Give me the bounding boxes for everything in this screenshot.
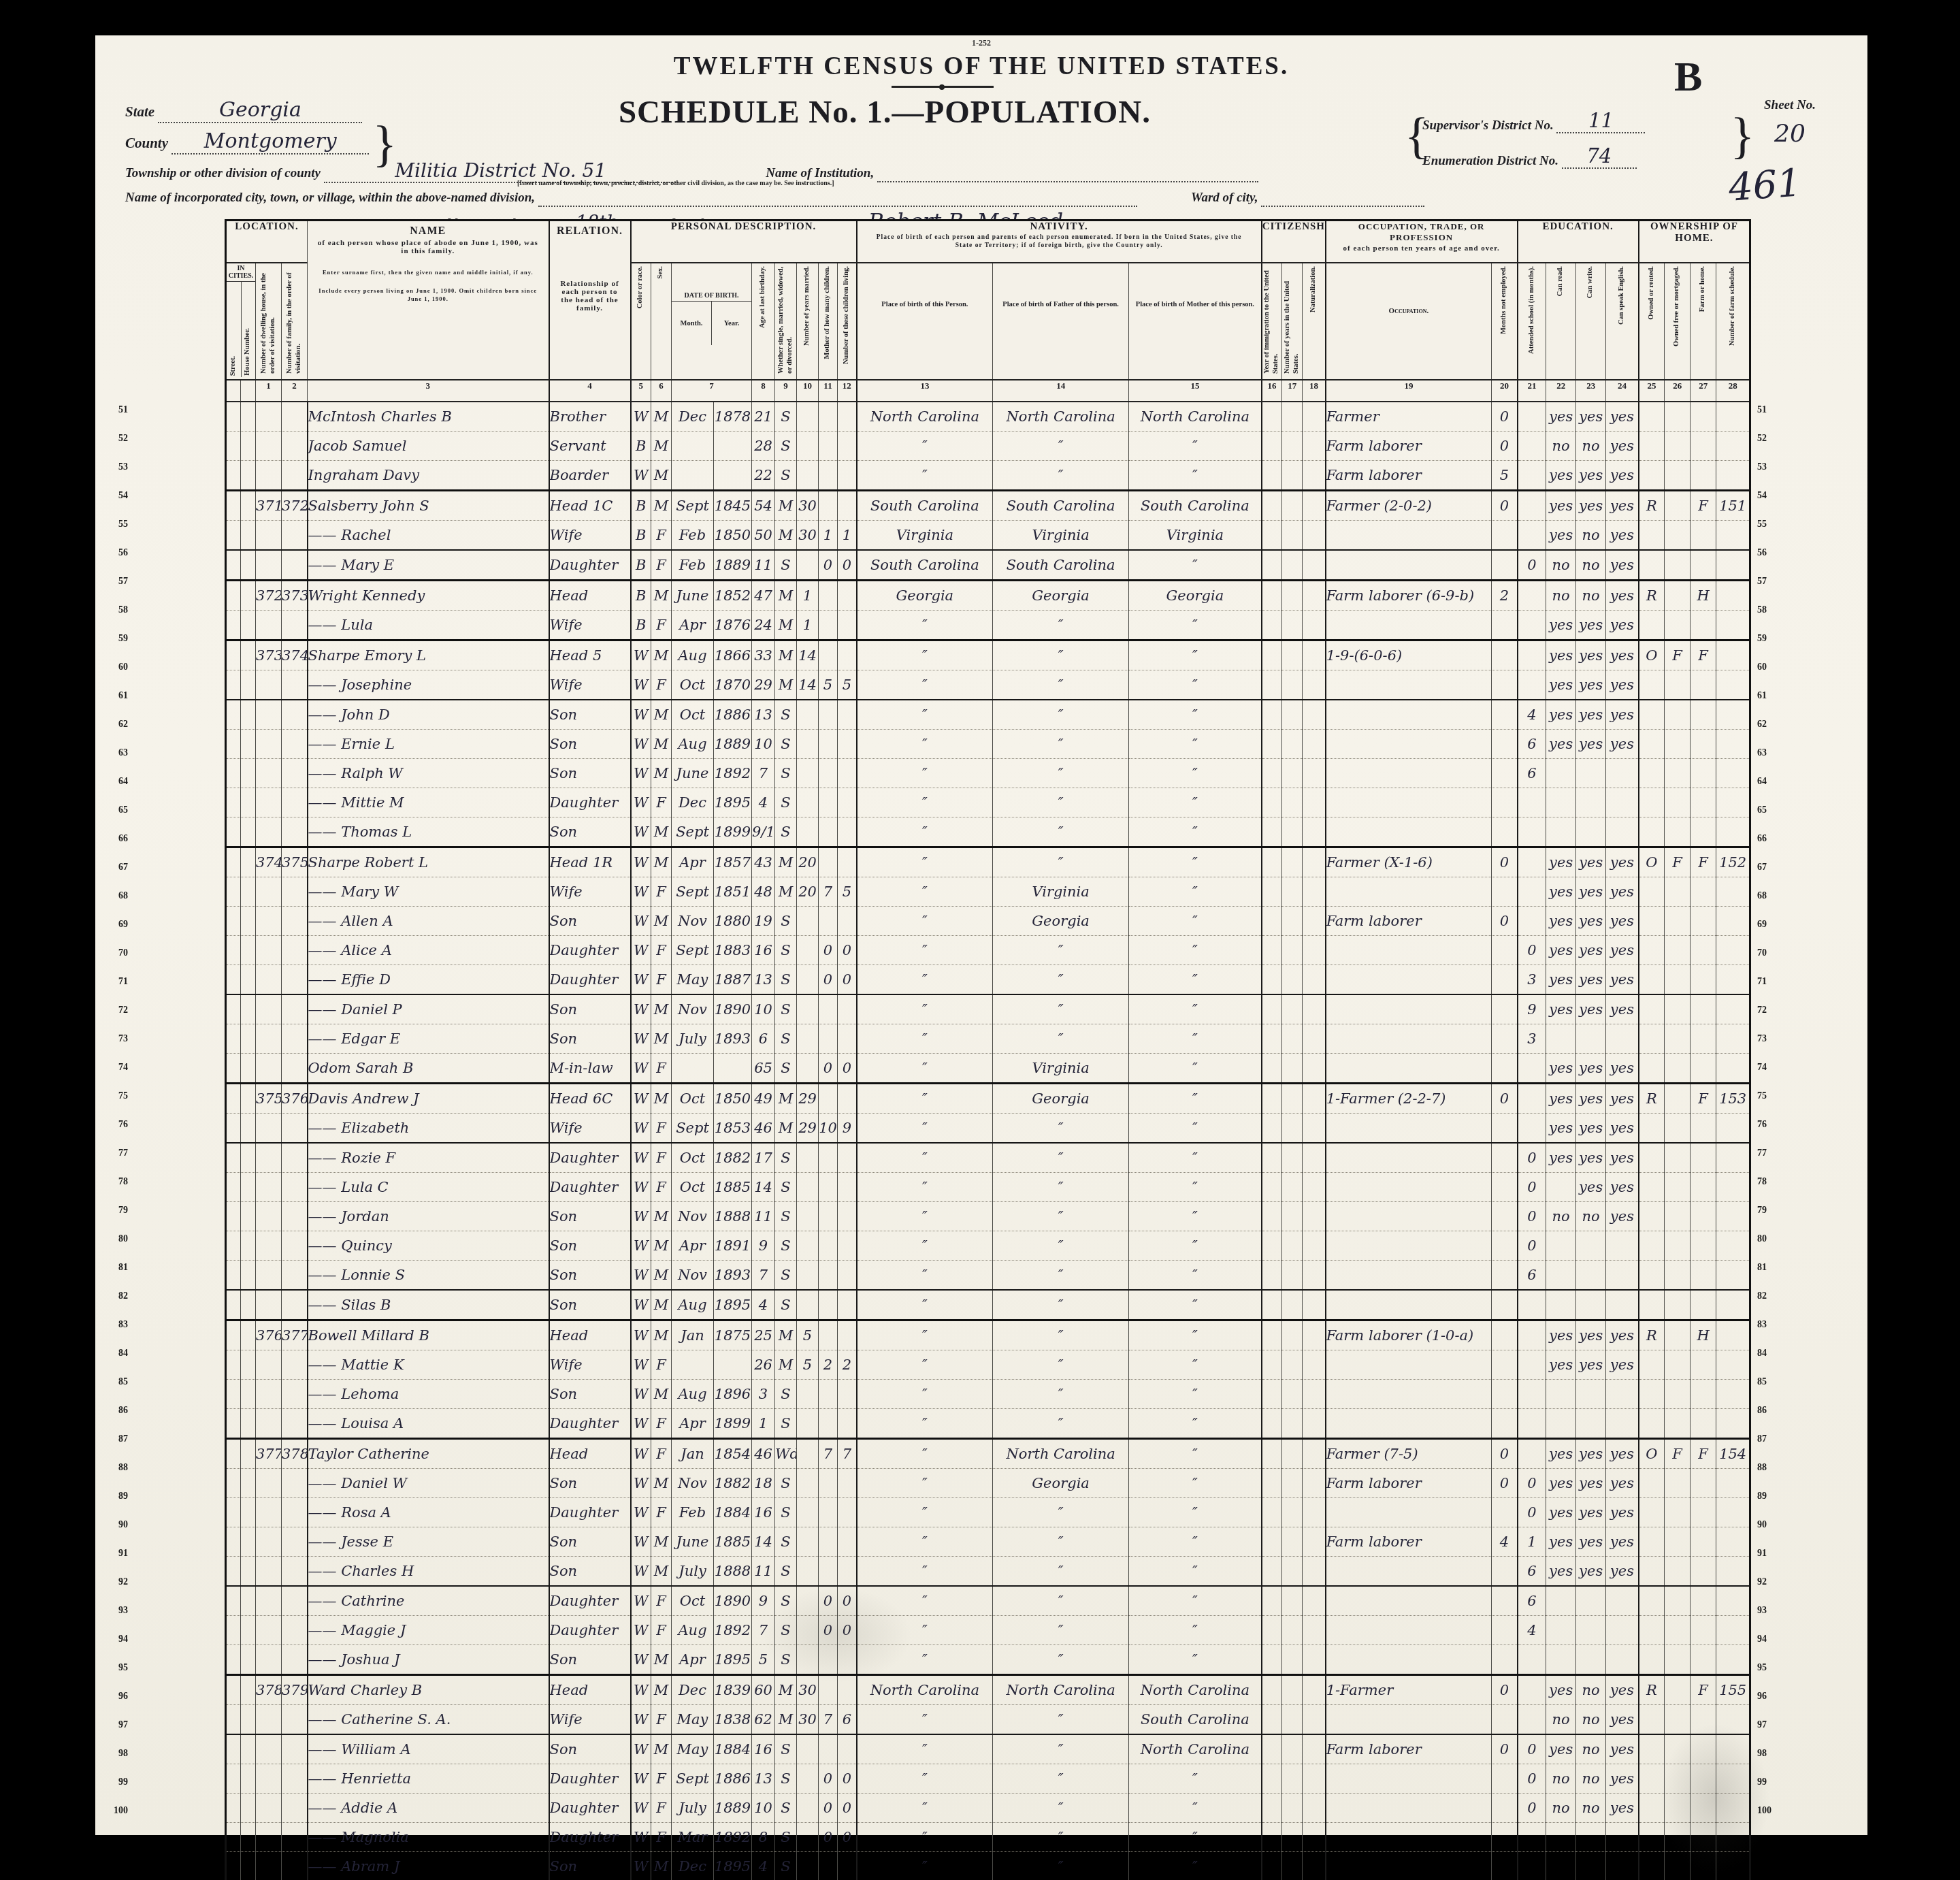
cell-ym <box>797 461 819 491</box>
cell-rd <box>1546 1024 1576 1054</box>
cell-dw <box>256 965 282 995</box>
cell-nz <box>1303 641 1326 670</box>
cell-pb: ″ <box>857 432 993 461</box>
cell-en <box>1606 817 1639 847</box>
cell-im <box>1262 1586 1282 1616</box>
cell-ns: 155 <box>1716 1675 1750 1705</box>
cell-rl: Daughter <box>549 1498 631 1527</box>
page-title: TWELFTH CENSUS OF THE UNITED STATES. <box>95 52 1867 81</box>
cell-pb: ″ <box>857 1143 993 1173</box>
cell-nm: —— Lula <box>308 611 549 641</box>
table-row: —— Mittie MDaughterWFDec18954S″″″ <box>226 788 1750 817</box>
cell-st <box>226 907 241 936</box>
line-number: 93 <box>1757 1597 1784 1625</box>
cell-dw <box>256 817 282 847</box>
cell-bm: Aug <box>672 641 714 670</box>
cell-fh <box>1690 936 1716 965</box>
cell-im <box>1262 877 1282 907</box>
cell-oc: Farmer (2-0-2) <box>1326 491 1492 521</box>
cell-at: 0 <box>1518 1469 1546 1498</box>
cell-ym <box>797 1527 819 1557</box>
col-num: 9 <box>775 380 797 402</box>
cell-or <box>1639 1557 1665 1587</box>
table-row: 371372Salsberry John SHead 1CBMSept18455… <box>226 491 1750 521</box>
cell-nz <box>1303 491 1326 521</box>
cell-ns <box>1716 907 1750 936</box>
cell-mr: S <box>775 788 797 817</box>
cell-cl <box>838 730 857 759</box>
cell-fh <box>1690 730 1716 759</box>
cell-en: yes <box>1606 700 1639 730</box>
cell-or <box>1639 700 1665 730</box>
cell-fh <box>1690 611 1716 641</box>
cell-pb: ″ <box>857 1498 993 1527</box>
cell-pf: ″ <box>993 1527 1129 1557</box>
line-number: 51 <box>1757 396 1784 425</box>
cell-dw <box>256 994 282 1024</box>
cell-nm: —— Addie A <box>308 1794 549 1823</box>
cell-ho <box>241 1439 256 1469</box>
cell-fm <box>1665 817 1690 847</box>
cell-bm: Oct <box>672 670 714 700</box>
cell-mc <box>819 1675 838 1705</box>
cell-nz <box>1303 1498 1326 1527</box>
cell-c: W <box>631 670 651 700</box>
cell-wr: yes <box>1576 1084 1606 1114</box>
table-row: McIntosh Charles BBrotherWMDec187821SNor… <box>226 402 1750 432</box>
cell-nz <box>1303 994 1326 1024</box>
cell-yu <box>1282 461 1303 491</box>
cell-pm: ″ <box>1129 1557 1262 1587</box>
cell-pf: Virginia <box>993 521 1129 551</box>
cell-or <box>1639 611 1665 641</box>
cell-nz <box>1303 1084 1326 1114</box>
cell-f <box>282 1705 308 1735</box>
cell-bm: July <box>672 1557 714 1587</box>
cell-pf: ″ <box>993 1143 1129 1173</box>
population-schedule-table: LOCATION. NAME of each person whose plac… <box>225 219 1751 1880</box>
cell-en: yes <box>1606 1084 1639 1114</box>
cell-ns <box>1716 611 1750 641</box>
cell-pm: ″ <box>1129 1823 1262 1852</box>
cell-or: O <box>1639 847 1665 877</box>
cell-bm: Apr <box>672 1231 714 1261</box>
cell-en <box>1606 788 1639 817</box>
cell-ns <box>1716 1734 1750 1764</box>
cell-mn <box>1492 1143 1518 1173</box>
occupation-label: Occupation. <box>1326 263 1492 315</box>
cell-nm: —— Mary W <box>308 877 549 907</box>
cell-pm: ″ <box>1129 1645 1262 1675</box>
cell-ho <box>241 1469 256 1498</box>
cell-bm: Dec <box>672 788 714 817</box>
cell-rd: yes <box>1546 1675 1576 1705</box>
cell-rl: Daughter <box>549 1823 631 1852</box>
cell-wr: yes <box>1576 907 1606 936</box>
cell-bm: Feb <box>672 1498 714 1527</box>
cell-fh <box>1690 994 1716 1024</box>
cell-or <box>1639 670 1665 700</box>
cell-at <box>1518 877 1546 907</box>
cell-pm: ″ <box>1129 1350 1262 1380</box>
cell-or <box>1639 1202 1665 1231</box>
cell-or <box>1639 965 1665 995</box>
cell-mr: S <box>775 1231 797 1261</box>
cell-fh <box>1690 1054 1716 1084</box>
cell-fm <box>1665 432 1690 461</box>
cell-f <box>282 1173 308 1202</box>
table-row: —— Allen ASonWMNov188019S″Georgia″Farm l… <box>226 907 1750 936</box>
table-row: 373374Sharpe Emory LHead 5WMAug186633M14… <box>226 641 1750 670</box>
cell-oc <box>1326 670 1492 700</box>
cell-bm: Feb <box>672 550 714 581</box>
cell-ho <box>241 1498 256 1527</box>
cell-s: F <box>651 1498 672 1527</box>
cell-yu <box>1282 402 1303 432</box>
line-number: 62 <box>1757 711 1784 739</box>
cell-pf: Georgia <box>993 907 1129 936</box>
cell-pb: ″ <box>857 1734 993 1764</box>
cell-ag: 4 <box>752 1852 775 1880</box>
cell-at <box>1518 847 1546 877</box>
cell-wr: no <box>1576 581 1606 611</box>
cell-ag: 54 <box>752 491 775 521</box>
line-number: 64 <box>101 768 128 796</box>
cell-oc <box>1326 611 1492 641</box>
cell-rl: Son <box>549 1290 631 1320</box>
cell-or <box>1639 1616 1665 1645</box>
name-title: NAME <box>308 221 549 238</box>
line-number: 86 <box>101 1397 128 1425</box>
cell-en: yes <box>1606 521 1639 551</box>
cell-ho <box>241 432 256 461</box>
immigration-col-head: Year of immigration to the United States… <box>1262 263 1282 380</box>
cell-pf: ″ <box>993 432 1129 461</box>
cell-wr: yes <box>1576 1173 1606 1202</box>
sex-label: Sex. <box>657 266 666 278</box>
cell-pm: Georgia <box>1129 581 1262 611</box>
cell-ym: 1 <box>797 611 819 641</box>
cell-mc <box>819 641 838 670</box>
marital-label: Whether single, married, widowed, or div… <box>777 266 794 374</box>
cell-ym <box>797 1231 819 1261</box>
cell-nz <box>1303 1439 1326 1469</box>
cell-pf: ″ <box>993 1024 1129 1054</box>
handwritten-page-number: 461 <box>1727 161 1803 210</box>
cell-at <box>1518 581 1546 611</box>
cell-ag: 60 <box>752 1675 775 1705</box>
cell-ym <box>797 1024 819 1054</box>
cell-ym <box>797 1261 819 1291</box>
cell-nm: —— Alice A <box>308 936 549 965</box>
cell-st <box>226 670 241 700</box>
cell-pb: ″ <box>857 1084 993 1114</box>
cell-cl <box>838 1498 857 1527</box>
cell-oc <box>1326 1350 1492 1380</box>
cell-ho <box>241 1114 256 1144</box>
cell-dw <box>256 907 282 936</box>
cell-bm: July <box>672 1794 714 1823</box>
state-value: Georgia <box>158 98 362 123</box>
cell-mr: M <box>775 847 797 877</box>
cell-rl: Head <box>549 581 631 611</box>
cell-fh <box>1690 402 1716 432</box>
cell-ho <box>241 877 256 907</box>
table-row: —— JordanSonWMNov188811S″″″0nonoyes <box>226 1202 1750 1231</box>
cell-ym <box>797 965 819 995</box>
cell-by: 1883 <box>714 936 752 965</box>
cell-by: 1888 <box>714 1202 752 1231</box>
cell-fh: F <box>1690 1675 1716 1705</box>
cell-mn <box>1492 817 1518 847</box>
cell-cl: 0 <box>838 1054 857 1084</box>
cell-nz <box>1303 965 1326 995</box>
cell-bm: May <box>672 1705 714 1735</box>
farm-schedule-label: Number of farm schedule. <box>1729 266 1737 346</box>
cell-s: M <box>651 907 672 936</box>
line-number: 96 <box>101 1683 128 1711</box>
relation-subtitle: Relationship of each person to the head … <box>550 278 630 314</box>
cell-nz <box>1303 877 1326 907</box>
cell-dw <box>256 1290 282 1320</box>
line-number: 74 <box>101 1054 128 1082</box>
cell-at: 0 <box>1518 1794 1546 1823</box>
cell-nz <box>1303 1527 1326 1557</box>
line-number: 100 <box>101 1797 128 1826</box>
cell-wr <box>1576 759 1606 788</box>
cell-ag: 19 <box>752 907 775 936</box>
table-row: —— HenriettaDaughterWFSept188613S00″″″0n… <box>226 1764 1750 1794</box>
cell-f <box>282 1794 308 1823</box>
cell-ag: 13 <box>752 700 775 730</box>
line-number: 61 <box>101 682 128 711</box>
cell-at: 3 <box>1518 1024 1546 1054</box>
cell-dw <box>256 1645 282 1675</box>
cell-cl: 5 <box>838 877 857 907</box>
cell-mn <box>1492 1498 1518 1527</box>
cell-ns <box>1716 877 1750 907</box>
cell-f <box>282 1469 308 1498</box>
cell-or: R <box>1639 581 1665 611</box>
cell-wr <box>1576 1290 1606 1320</box>
cell-f: 375 <box>282 847 308 877</box>
cell-mn <box>1492 1616 1518 1645</box>
enumeration-label: Enumeration District No. <box>1422 154 1558 169</box>
cell-wr: yes <box>1576 611 1606 641</box>
cell-pb: ″ <box>857 1202 993 1231</box>
cell-im <box>1262 1173 1282 1202</box>
cell-cl <box>838 1675 857 1705</box>
table-row: —— Lonnie SSonWMNov18937S″″″6 <box>226 1261 1750 1291</box>
cell-st <box>226 641 241 670</box>
cell-im <box>1262 1469 1282 1498</box>
cell-nm: —— Silas B <box>308 1290 549 1320</box>
cell-cl <box>838 1734 857 1764</box>
cell-im <box>1262 907 1282 936</box>
cell-dw <box>256 759 282 788</box>
cell-ag: 7 <box>752 1261 775 1291</box>
cell-ho <box>241 611 256 641</box>
cell-ag: 24 <box>752 611 775 641</box>
cell-en: yes <box>1606 730 1639 759</box>
cell-nz <box>1303 788 1326 817</box>
cell-rl: Daughter <box>549 965 631 995</box>
cell-ag: 29 <box>752 670 775 700</box>
cell-ym: 14 <box>797 670 819 700</box>
nativity-note: Place of birth of each person and parent… <box>857 233 1261 251</box>
cell-ag: 17 <box>752 1143 775 1173</box>
cell-nm: —— Jordan <box>308 1202 549 1231</box>
age-col-head: Age at last birthday. <box>752 263 775 380</box>
cell-ho <box>241 1586 256 1616</box>
table-row: —— Lula CDaughterWFOct188514S″″″0yesyes <box>226 1173 1750 1202</box>
col-num: 2 <box>282 380 308 402</box>
cell-mr: S <box>775 994 797 1024</box>
cell-mr: S <box>775 1380 797 1409</box>
cell-pm: ″ <box>1129 1439 1262 1469</box>
cell-rl: Son <box>549 1469 631 1498</box>
cell-nm: Jacob Samuel <box>308 432 549 461</box>
cell-by: 1880 <box>714 907 752 936</box>
cell-st <box>226 1024 241 1054</box>
cell-ym <box>797 730 819 759</box>
table-row: Jacob SamuelServantBM28S″″″Farm laborer0… <box>226 432 1750 461</box>
line-number: 66 <box>1757 825 1784 854</box>
cell-st <box>226 817 241 847</box>
cell-oc: Farm laborer <box>1326 461 1492 491</box>
cell-rd <box>1546 1173 1576 1202</box>
cell-oc: Farm laborer (6-9-b) <box>1326 581 1492 611</box>
cell-pm: ″ <box>1129 1290 1262 1320</box>
cell-nm: McIntosh Charles B <box>308 402 549 432</box>
cell-mc <box>819 461 838 491</box>
cell-rl: Wife <box>549 521 631 551</box>
cell-bm: Apr <box>672 1645 714 1675</box>
cell-mc: 1 <box>819 521 838 551</box>
cell-mn <box>1492 1586 1518 1616</box>
cell-rl: Daughter <box>549 1409 631 1439</box>
cell-nz <box>1303 521 1326 551</box>
form-number: 1-252 <box>95 38 1867 48</box>
cell-by: 1882 <box>714 1469 752 1498</box>
cell-s: M <box>651 1202 672 1231</box>
cell-pb: ″ <box>857 730 993 759</box>
cell-rl: Head 1C <box>549 491 631 521</box>
cell-pf: ″ <box>993 965 1129 995</box>
cell-s: M <box>651 1527 672 1557</box>
cell-ns <box>1716 1261 1750 1291</box>
cell-c: W <box>631 1054 651 1084</box>
cell-pf: ″ <box>993 1290 1129 1320</box>
cell-mc: 0 <box>819 1823 838 1852</box>
cell-by: 1850 <box>714 1084 752 1114</box>
cell-im <box>1262 521 1282 551</box>
cell-or <box>1639 907 1665 936</box>
cell-pf: North Carolina <box>993 402 1129 432</box>
table-row: —— Maggie JDaughterWFAug18927S00″″″4 <box>226 1616 1750 1645</box>
cell-bm: Sept <box>672 936 714 965</box>
cell-wr <box>1576 1823 1606 1852</box>
cell-nm: —— Allen A <box>308 907 549 936</box>
cell-ns <box>1716 1054 1750 1084</box>
cell-rd: no <box>1546 1794 1576 1823</box>
cell-fh: F <box>1690 1439 1716 1469</box>
cell-fh <box>1690 788 1716 817</box>
cell-f: 376 <box>282 1084 308 1114</box>
cell-at <box>1518 1054 1546 1084</box>
cell-ns <box>1716 1557 1750 1587</box>
cell-ag: 33 <box>752 641 775 670</box>
cell-rd: yes <box>1546 877 1576 907</box>
cell-s: F <box>651 1054 672 1084</box>
line-number: 60 <box>101 653 128 682</box>
farm-home-label: Farm or home. <box>1699 266 1708 312</box>
mother-of-label: Mother of how many children. <box>823 266 832 359</box>
cell-mr: S <box>775 700 797 730</box>
line-number: 53 <box>1757 453 1784 482</box>
cell-f <box>282 1498 308 1527</box>
table-row: —— Daniel WSonWMNov188218S″Georgia″Farm … <box>226 1469 1750 1498</box>
cell-ns <box>1716 759 1750 788</box>
table-row: —— Edgar ESonWMJuly18936S″″″3 <box>226 1024 1750 1054</box>
cell-st <box>226 1290 241 1320</box>
cell-bm: May <box>672 965 714 995</box>
cell-cl: 6 <box>838 1705 857 1735</box>
line-number: 73 <box>1757 1025 1784 1054</box>
cell-or: R <box>1639 491 1665 521</box>
cell-bm: June <box>672 759 714 788</box>
cell-mc <box>819 994 838 1024</box>
cell-dw <box>256 1527 282 1557</box>
cell-fh: F <box>1690 641 1716 670</box>
cell-ns <box>1716 641 1750 670</box>
cell-nz <box>1303 1794 1326 1823</box>
cell-ym <box>797 1173 819 1202</box>
cell-ag: 65 <box>752 1054 775 1084</box>
line-number: 59 <box>101 625 128 653</box>
cell-pb: ″ <box>857 1439 993 1469</box>
cell-rl: Wife <box>549 877 631 907</box>
cell-cl: 0 <box>838 1586 857 1616</box>
cell-wr: yes <box>1576 700 1606 730</box>
cell-ns <box>1716 402 1750 432</box>
cell-rd: yes <box>1546 1527 1576 1557</box>
cell-ho <box>241 1143 256 1173</box>
line-number: 95 <box>1757 1654 1784 1683</box>
marital-col-head: Whether single, married, widowed, or div… <box>775 263 797 380</box>
cell-yu <box>1282 1586 1303 1616</box>
cell-wr: no <box>1576 550 1606 581</box>
line-number: 90 <box>1757 1511 1784 1540</box>
group-relation: RELATION. Relationship of each person to… <box>549 221 631 380</box>
cell-by: 1889 <box>714 550 752 581</box>
cell-oc: Farmer (X-1-6) <box>1326 847 1492 877</box>
cell-pf: ″ <box>993 1380 1129 1409</box>
cell-yu <box>1282 1852 1303 1880</box>
cell-mr: S <box>775 1498 797 1527</box>
cell-mc: 0 <box>819 1616 838 1645</box>
cell-s: M <box>651 1320 672 1350</box>
cell-pm: ″ <box>1129 1852 1262 1880</box>
cell-pb: ″ <box>857 641 993 670</box>
cell-nm: Ward Charley B <box>308 1675 549 1705</box>
cell-f <box>282 670 308 700</box>
cell-nz <box>1303 1764 1326 1794</box>
cell-oc: Farm laborer (1-0-a) <box>1326 1320 1492 1350</box>
cell-or <box>1639 1852 1665 1880</box>
cell-fh: H <box>1690 1320 1716 1350</box>
cell-yu <box>1282 1261 1303 1291</box>
